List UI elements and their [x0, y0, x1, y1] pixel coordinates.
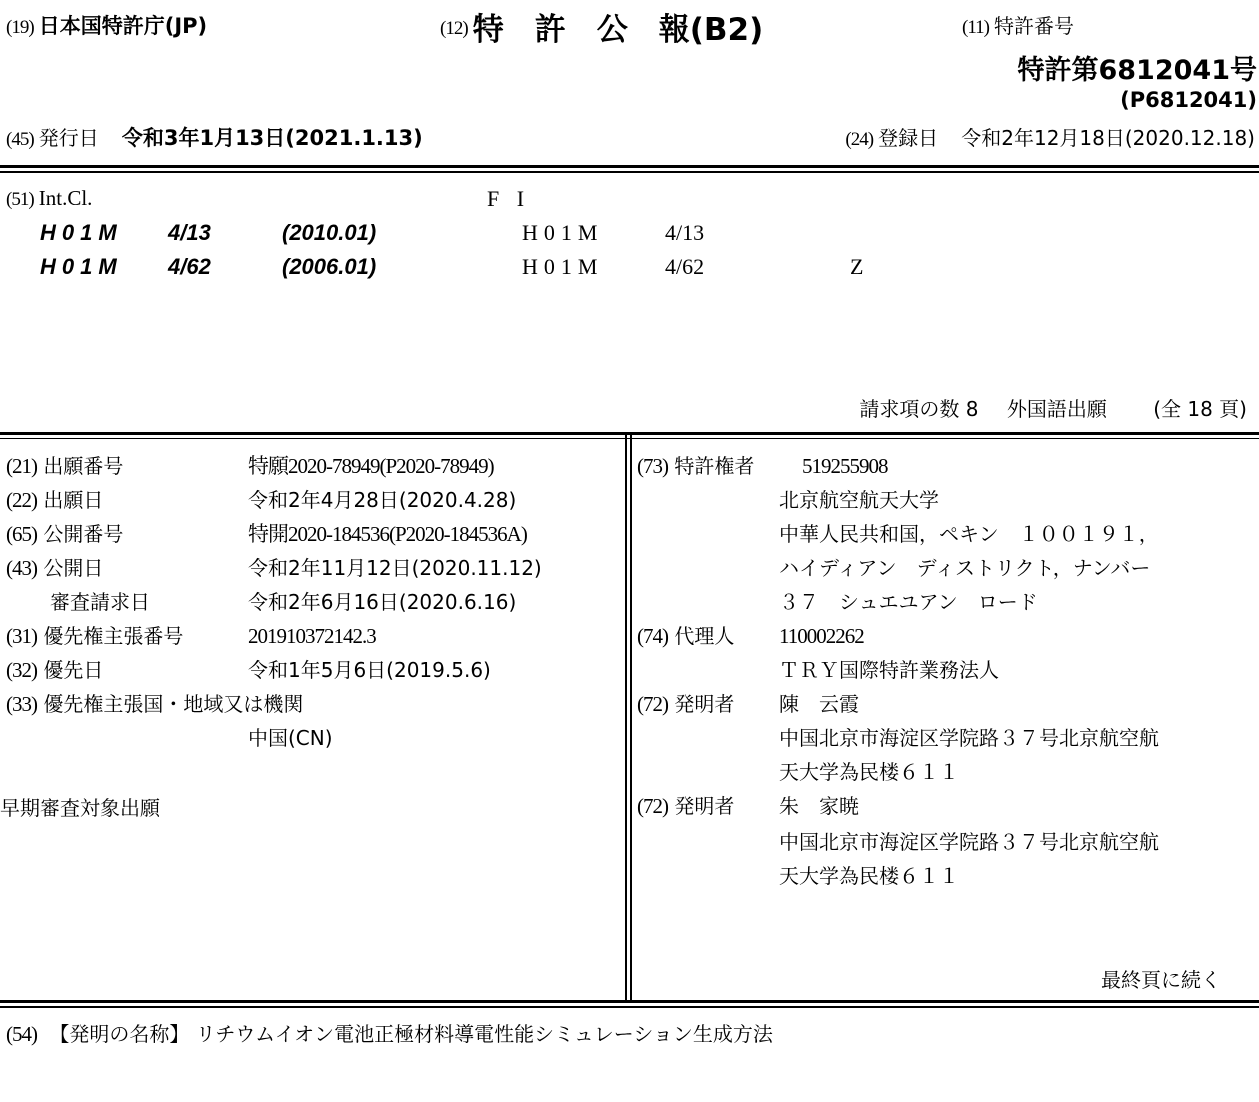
field-code: (32): [6, 658, 37, 682]
patent-number: 特許第6812041号: [1017, 48, 1257, 87]
inventor-name: 陳 云霞: [779, 690, 859, 718]
kind-line: (12) 特 許 公 報(B2): [440, 4, 763, 49]
field-label: 出願番号: [43, 454, 123, 478]
biblio-bottom-rule-thin: [0, 1006, 1259, 1008]
field-code: (21): [6, 454, 37, 478]
field-code: (72): [637, 794, 668, 818]
ipc-sub: 4/62: [168, 254, 211, 280]
field-code: (72): [637, 692, 668, 716]
ipc-version: (2006.01): [282, 254, 376, 280]
patent-number-alt: (P6812041): [1120, 88, 1257, 112]
foreign-language-application: 外国語出願: [1007, 397, 1107, 421]
field-label: 公開番号: [43, 522, 123, 546]
office-line: (19) 日本国特許庁(JP): [6, 10, 207, 40]
field-label: 代理人: [674, 624, 734, 648]
field-value: 中国(CN): [248, 724, 333, 752]
issue-date: 令和3年1月13日(2021.1.13): [122, 126, 423, 150]
header-rule-thin: [0, 171, 1259, 173]
inventor-name: 朱 家暁: [779, 792, 859, 820]
fi-extra: Z: [850, 254, 863, 280]
column-divider-left: [625, 432, 627, 1002]
column-divider-right: [630, 432, 632, 1002]
number-label: 特許番号: [994, 14, 1074, 38]
field-filing-date: (22) 出願日 令和2年4月28日(2020.4.28): [6, 486, 103, 514]
patentee-address-line: 中華人民共和国，ペキン １００１９１，: [779, 520, 1159, 548]
patentee-id: 519255908: [802, 452, 888, 480]
intcl-code: (51): [6, 189, 34, 210]
field-label: 発明者: [674, 692, 734, 716]
field-label: 優先権主張国・地域又は機関: [43, 692, 303, 716]
intcl-heading: (51) Int.Cl.: [6, 186, 92, 211]
field-application-number: (21) 出願番号 特願2020-78949(P2020-78949): [6, 452, 123, 480]
field-code: (74): [637, 624, 668, 648]
field-priority-country: (33) 優先権主張国・地域又は機関: [6, 690, 303, 718]
field-label: 審査請求日: [50, 590, 150, 614]
inventor-address-line: 中国北京市海淀区学院路３７号北京航空航: [779, 828, 1159, 856]
office-name: 日本国特許庁(JP): [39, 14, 207, 38]
field-code: (31): [6, 624, 37, 648]
kind-code: (12): [440, 18, 468, 39]
field-label: 発明者: [674, 794, 734, 818]
field-label: 特許権者: [674, 454, 754, 478]
issue-code: (45): [6, 129, 34, 150]
field-code: (65): [6, 522, 37, 546]
ipc-main: H01M: [40, 220, 123, 246]
field-code: (73): [637, 454, 668, 478]
fi-main: H01M: [522, 220, 603, 246]
number-label-line: (11) 特許番号: [962, 10, 1074, 39]
issue-label: 発行日: [39, 126, 99, 150]
field-exam-request-date: 審査請求日 令和2年6月16日(2020.6.16): [6, 588, 150, 616]
page-count: (全 18 頁): [1153, 397, 1247, 421]
inventor-address-line: 中国北京市海淀区学院路３７号北京航空航: [779, 724, 1159, 752]
early-examination-note: 早期審査対象出願: [0, 794, 160, 822]
agent-id: 110002262: [779, 622, 864, 650]
number-code: (11): [962, 17, 989, 38]
fi-heading: F I: [487, 186, 530, 212]
fi-sub: 4/62: [665, 254, 704, 280]
field-priority-date: (32) 優先日 令和1年5月6日(2019.5.6): [6, 656, 103, 684]
field-value: 令和2年11月12日(2020.11.12): [248, 554, 542, 582]
claims-count: 請求項の数 8: [859, 397, 978, 421]
biblio-bottom-rule-thick: [0, 1000, 1259, 1003]
ipc-version: (2010.01): [282, 220, 376, 246]
field-label: 出願日: [43, 488, 103, 512]
field-value: 令和1年5月6日(2019.5.6): [248, 656, 491, 684]
invention-title: リチウムイオン電池正極材料導電性能シミュレーション生成方法: [196, 1022, 773, 1046]
office-code: (19): [6, 17, 34, 38]
ipc-sub: 4/13: [168, 220, 211, 246]
field-inventor: (72) 発明者 朱 家暁: [637, 792, 734, 820]
field-label: 公開日: [43, 556, 103, 580]
field-code: (54): [6, 1022, 37, 1046]
patentee-address-line: ３７ シュエユアン ロード: [779, 588, 1038, 616]
registration-date-line: (24) 登録日 令和2年12月18日(2020.12.18): [845, 122, 1255, 151]
field-value: 令和2年4月28日(2020.4.28): [248, 486, 516, 514]
field-label: 優先日: [43, 658, 103, 682]
intcl-label: Int.Cl.: [39, 186, 93, 210]
field-inventor: (72) 発明者 陳 云霞: [637, 690, 734, 718]
ipc-main: H01M: [40, 254, 123, 280]
inventor-address-line: 天大学為民楼６１１: [779, 862, 959, 890]
field-patentee: (73) 特許権者 519255908: [637, 452, 754, 480]
field-publication-number: (65) 公開番号 特開2020-184536(P2020-184536A): [6, 520, 123, 548]
field-priority-number: (31) 優先権主張番号 201910372142.3: [6, 622, 183, 650]
inventor-address-line: 天大学為民楼６１１: [779, 758, 959, 786]
registration-label: 登録日: [878, 126, 938, 150]
summary-line: 請求項の数 8 外国語出願 (全 18 頁): [859, 393, 1247, 422]
field-value: 特願2020-78949(P2020-78949): [248, 452, 494, 480]
header-rule-thick: [0, 165, 1259, 168]
continued-on-last-page: 最終頁に続く: [1101, 966, 1221, 994]
field-agent: (74) 代理人 110002262: [637, 622, 734, 650]
field-code: (43): [6, 556, 37, 580]
registration-code: (24): [845, 129, 873, 150]
registration-date: 令和2年12月18日(2020.12.18): [961, 126, 1255, 150]
agent-name: ＴＲＹ国際特許業務法人: [779, 656, 999, 684]
patentee-name: 北京航空航天大学: [779, 486, 939, 514]
document-title: 特 許 公 報(B2): [473, 12, 764, 48]
field-code: (22): [6, 488, 37, 512]
fi-main: H01M: [522, 254, 603, 280]
field-value: 令和2年6月16日(2020.6.16): [248, 588, 516, 616]
field-code: (33): [6, 692, 37, 716]
field-publication-date: (43) 公開日 令和2年11月12日(2020.11.12): [6, 554, 103, 582]
field-value: 特開2020-184536(P2020-184536A): [248, 520, 527, 548]
fi-sub: 4/13: [665, 220, 704, 246]
invention-title-line: (54) 【発明の名称】 リチウムイオン電池正極材料導電性能シミュレーション生成…: [6, 1020, 773, 1048]
patentee-address-line: ハイディアン ディストリクト，ナンバー: [779, 554, 1150, 582]
field-label: 【発明の名称】: [49, 1022, 189, 1046]
field-label: 優先権主張番号: [43, 624, 183, 648]
issue-date-line: (45) 発行日 令和3年1月13日(2021.1.13): [6, 122, 423, 152]
field-value: 201910372142.3: [248, 622, 376, 650]
